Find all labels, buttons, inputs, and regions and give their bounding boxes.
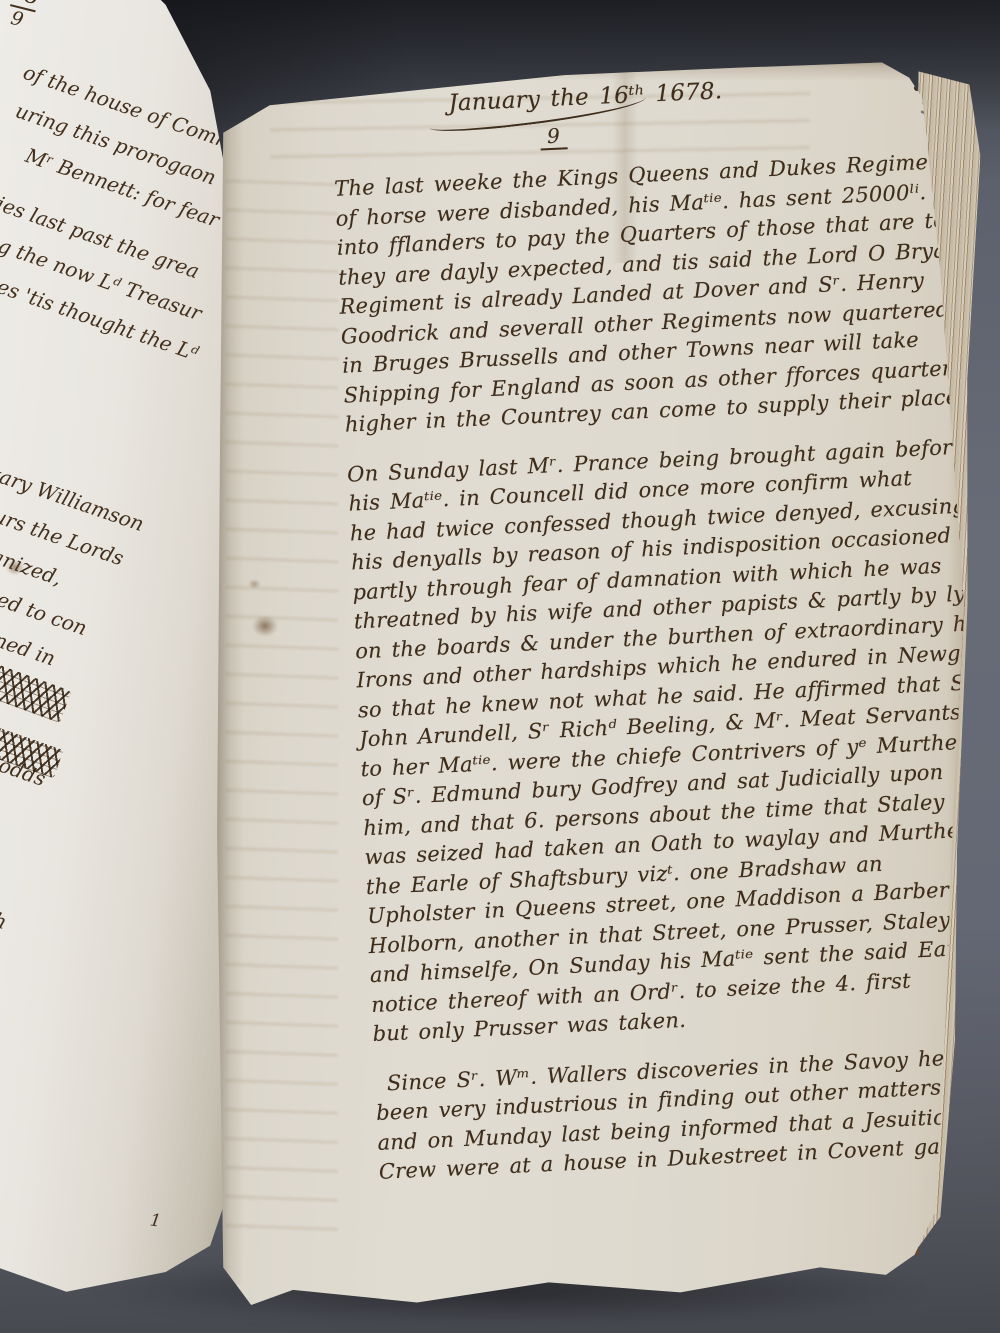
ink-blot xyxy=(6,560,24,575)
year-bottom: 9 xyxy=(9,7,26,31)
ink-showthrough xyxy=(226,165,338,1245)
paragraph: Since Sʳ. Wᵐ. Wallers discoveries in the… xyxy=(374,1042,994,1188)
paragraph: The last weeke the Kings Queens and Duke… xyxy=(334,147,960,440)
manuscript-text: January the 16ᵗʰ 1678. 9 The last weeke … xyxy=(330,67,994,1187)
paragraph: On Sunday last Mʳ. Prance being brought … xyxy=(347,432,988,1049)
folio-mark: 1 xyxy=(149,1210,163,1231)
year-fraction: 78 9 xyxy=(3,0,41,33)
year-suffix-digit: 9 xyxy=(540,123,568,150)
right-page: 5 January the 16ᵗʰ 1678. 9 The last week… xyxy=(200,55,975,1310)
manuscript-photo: 78 9 of the house of Commo uring this pr… xyxy=(0,0,1000,1333)
left-page: 78 9 of the house of Commo uring this pr… xyxy=(0,0,240,1305)
